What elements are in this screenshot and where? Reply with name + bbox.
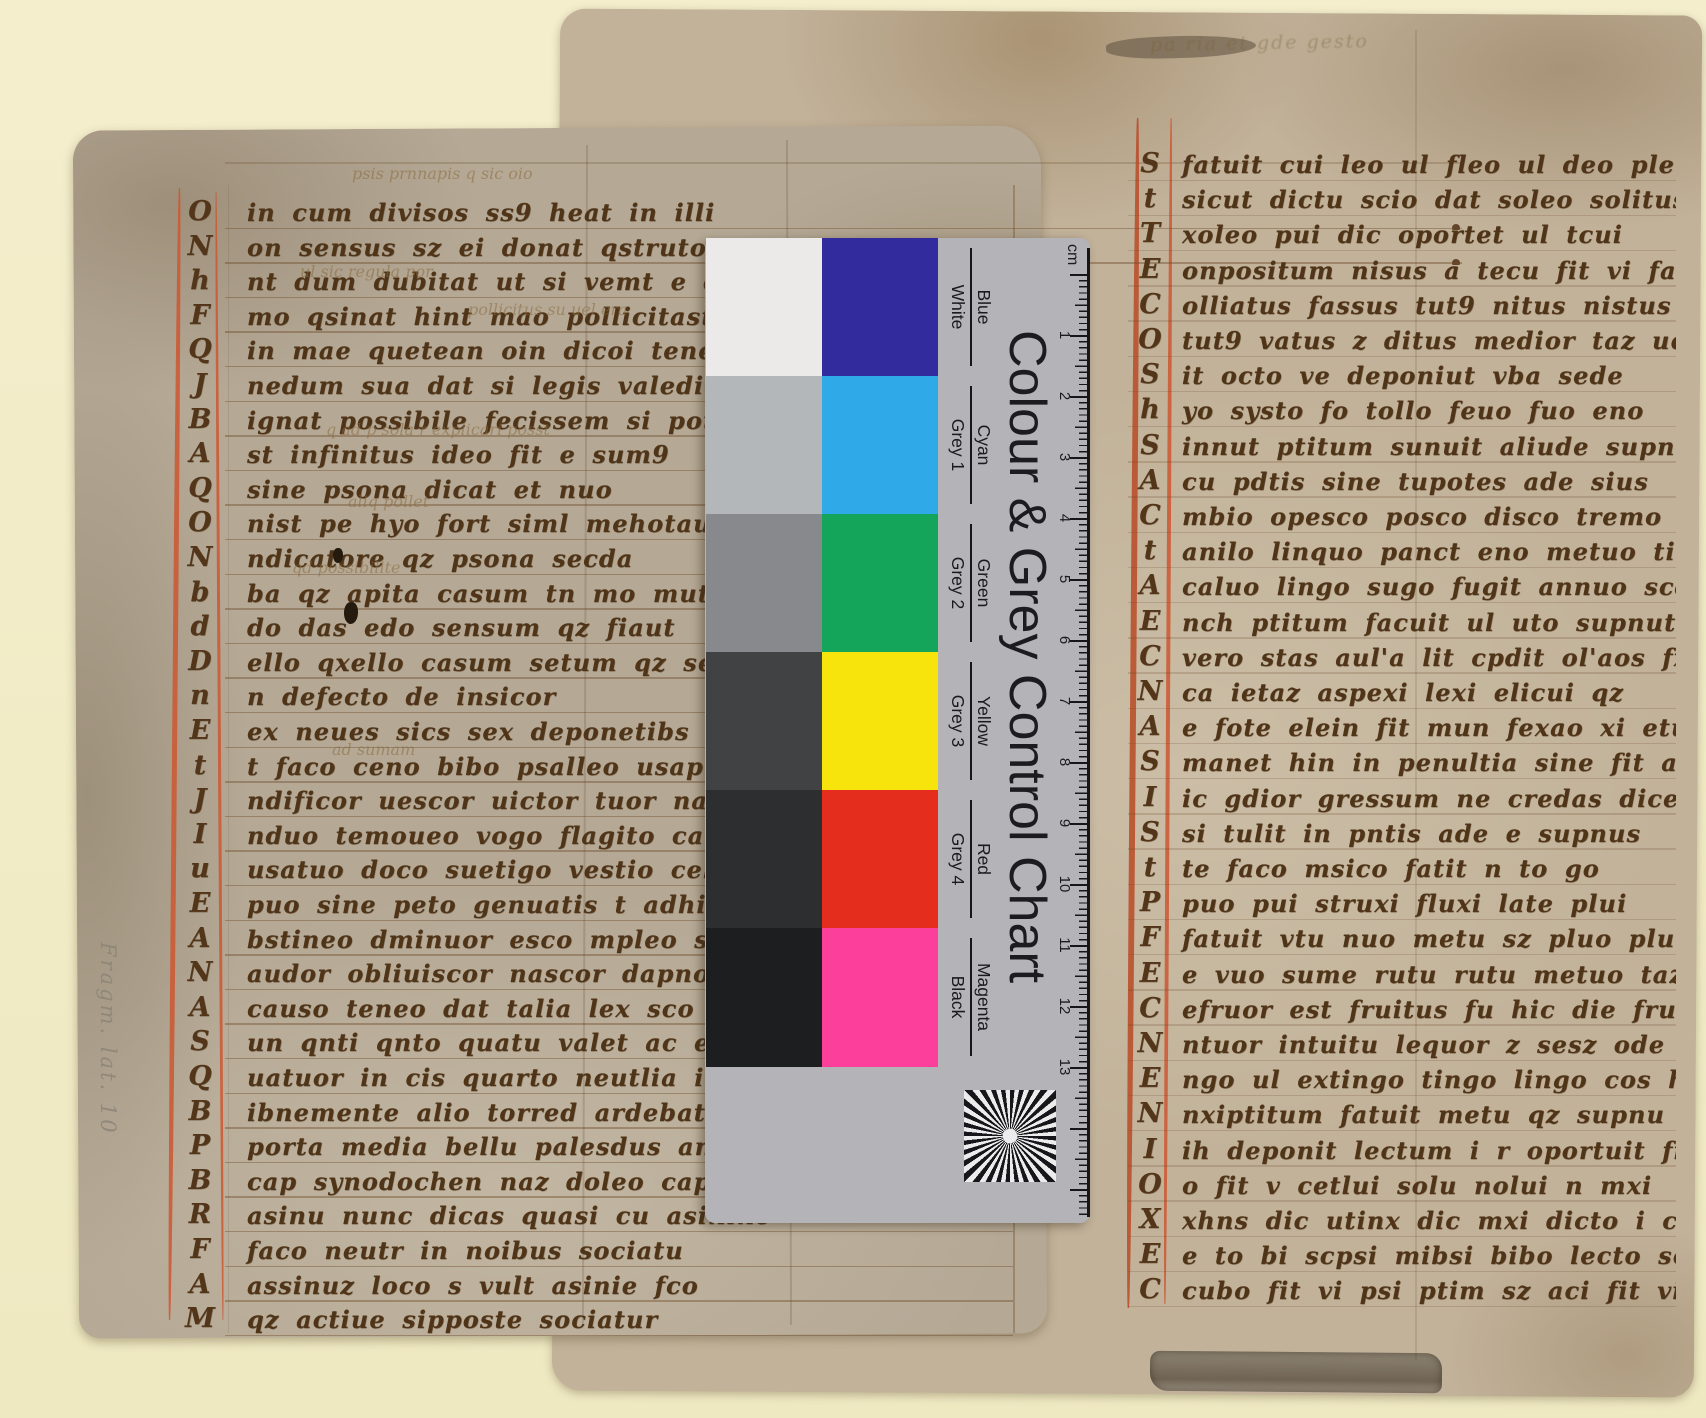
- manuscript-line-text: fatuit vtu nuo metu sz pluo plutu: [1128, 924, 1676, 954]
- manuscript-line-text: ca ietaz aspexi lexi elicui qz: [1128, 678, 1624, 708]
- manuscript-line: cubo fit vi psi ptim sz aci fit vibi: [1128, 1276, 1676, 1308]
- label-divider: [970, 662, 972, 780]
- manuscript-line-text: xhns dic utinx dic mxi dicto i ctu: [1128, 1206, 1676, 1236]
- interlinear-gloss: ul sic regula por: [300, 262, 433, 281]
- grey-patch-label: Grey 3: [947, 652, 969, 790]
- manuscript-line-text: nist pe hyo fort siml mehotaue: [225, 509, 728, 539]
- manuscript-line: efruor est fruitus fu hic die fruitus: [1128, 995, 1676, 1027]
- versal-initial: Q: [182, 335, 218, 365]
- patch-red: [822, 790, 938, 929]
- versal-initial: N: [182, 958, 218, 988]
- grey-patch-label: White: [947, 238, 969, 376]
- versal-initial: A: [182, 439, 218, 469]
- versal-initial: N: [182, 543, 218, 573]
- versal-initial: D: [182, 647, 218, 677]
- manuscript-line-text: ello qxello casum setum qz sed qz: [225, 648, 781, 678]
- versal-initial: N: [182, 232, 218, 262]
- patch-label-group: CyanGrey 1: [939, 376, 995, 514]
- manuscript-line-text: e fote elein fit mun fexao xi etu: [1128, 713, 1676, 743]
- manuscript-line: onpositum nisus a tecu fit vi facti: [1128, 256, 1676, 288]
- manuscript-line: tut9 vatus z ditus medior taz uetzaps: [1128, 326, 1676, 358]
- versal-initial: I: [182, 820, 218, 850]
- ruler-number: 10: [1056, 873, 1073, 895]
- versal-initial: n: [182, 681, 218, 711]
- interlinear-gloss: psis prnnapis q sic oio: [352, 164, 533, 183]
- interlinear-gloss: q ad p sola r explicari posst: [326, 420, 550, 439]
- manuscript-line: ca ietaz aspexi lexi elicui qz: [1128, 678, 1676, 710]
- interlinear-gloss: ad sumam: [332, 740, 415, 759]
- versal-initial: F: [182, 1235, 218, 1265]
- patch-label-group: BlueWhite: [939, 238, 995, 376]
- manuscript-line-text: ic gdior gressum ne credas dice assum: [1128, 784, 1676, 814]
- ruler-number: 12: [1056, 995, 1073, 1017]
- manuscript-line-text: ntuor intuitu lequor z sesz ode putu: [1128, 1030, 1676, 1060]
- manuscript-line: xoleo pui dic oportet ul tcui: [1128, 220, 1676, 252]
- versal-initial: t: [182, 751, 218, 781]
- manuscript-line-text: e vuo sume rutu rutu metuo taz uti: [1128, 960, 1676, 990]
- versal-initial: B: [182, 1097, 218, 1127]
- patch-green: [822, 514, 938, 653]
- manuscript-line-text: on sensus sz ei donat qstruto nom: [225, 233, 785, 263]
- manuscript-line-text: st infinitus ideo fit e sum9: [225, 440, 670, 470]
- versal-initial: A: [182, 1270, 218, 1300]
- manuscript-line: qz actiue sipposte sociatur: [225, 1305, 1013, 1337]
- patch-white: [706, 238, 822, 377]
- ruler-number: 5: [1056, 568, 1073, 590]
- manuscript-line-text: fatuit cui leo ul fleo ul deo plenu: [1128, 150, 1676, 180]
- manuscript-line: nch ptitum facuit ul uto supnut: [1128, 608, 1676, 640]
- manuscript-line-text: onpositum nisus a tecu fit vi facti: [1128, 256, 1676, 286]
- manuscript-line-text: te faco msico fatit n to go: [1128, 854, 1600, 884]
- manuscript-line: faco neutr in noibus sociatu: [225, 1236, 1013, 1268]
- versal-initial: B: [182, 1166, 218, 1196]
- manuscript-line-text: o fit v cetlui solu nolui n mxi: [1128, 1171, 1652, 1201]
- colour-control-chart-card: cm 12345678910111213 Colour & Grey Contr…: [705, 238, 1090, 1223]
- patch-grid: [706, 238, 938, 1066]
- ruler-number: 3: [1056, 446, 1073, 468]
- manuscript-line-text: assinuz loco s vult asinie fco: [225, 1271, 699, 1301]
- manuscript-line-text: ba qz apita casum tn mo mutat: [225, 579, 739, 609]
- grey-patch-label: Black: [947, 928, 969, 1066]
- versal-initial: A: [182, 993, 218, 1023]
- manuscript-line: puo pui struxi fluxi late plui: [1128, 889, 1676, 921]
- versal-initial: P: [182, 1131, 218, 1161]
- manuscript-line-text: nxiptitum fatuit metu qz supnu: [1128, 1100, 1665, 1130]
- manuscript-line: o fit v cetlui solu nolui n mxi: [1128, 1171, 1676, 1203]
- chart-title: Colour & Grey Control Chart: [997, 330, 1057, 983]
- versal-initial: E: [182, 889, 218, 919]
- manuscript-line: nxiptitum fatuit metu qz supnu: [1128, 1100, 1676, 1132]
- ruler-number: 2: [1056, 385, 1073, 407]
- patch-grey-2: [706, 514, 822, 653]
- manuscript-line: it octo ve deponiut vba sede: [1128, 361, 1676, 393]
- manuscript-photo: pa ria et gde gesto Fragm. lat. 10 ONhFQ…: [0, 0, 1706, 1418]
- ruler-number: 9: [1056, 812, 1073, 834]
- patch-grey-1: [706, 376, 822, 515]
- patch-grey-4: [706, 790, 822, 929]
- manuscript-line-text: xoleo pui dic oportet ul tcui: [1128, 220, 1623, 250]
- ruler-unit-label: cm: [1063, 244, 1081, 265]
- manuscript-line: mbio opesco posco disco tremo gliso: [1128, 502, 1676, 534]
- patch-labels-row: BlueWhiteCyanGrey 1GreenGrey 2YellowGrey…: [939, 238, 995, 1066]
- manuscript-line: anilo linquo panct eno metuo tinz vige: [1128, 537, 1676, 569]
- manuscript-line: yo systo fo tollo feuo fuo eno: [1128, 396, 1676, 428]
- manuscript-line-text: anilo linquo panct eno metuo tinz vige: [1128, 537, 1676, 567]
- ruler-number: 13: [1056, 1056, 1073, 1078]
- manuscript-line: fatuit cui leo ul fleo ul deo plenu: [1128, 150, 1676, 182]
- versal-initial: h: [182, 266, 218, 296]
- versal-initial: Q: [182, 474, 218, 504]
- ruler-number: 11: [1056, 934, 1073, 956]
- versal-initial: R: [182, 1200, 218, 1230]
- grey-patch-label: Grey 1: [947, 376, 969, 514]
- ruler-number: 1: [1056, 324, 1073, 346]
- ruler-number: 4: [1056, 507, 1073, 529]
- patch-label-group: YellowGrey 3: [939, 652, 995, 790]
- manuscript-line: vero stas aul'a lit cpdit ol'aos fxi: [1128, 643, 1676, 675]
- manuscript-line-text: it octo ve deponiut vba sede: [1128, 361, 1624, 391]
- shelfmark-pencil-note: Fragm. lat. 10: [96, 942, 120, 1136]
- faded-top-inscription: pa ria et gde gesto: [1150, 30, 1369, 56]
- manuscript-line-text: nedum sua dat si legis valedico: [225, 371, 737, 401]
- versal-initial: O: [182, 508, 218, 538]
- manuscript-line-text: innut ptitum sunuit aliude supnut: [1128, 432, 1676, 462]
- binding-tatter-strip: [1150, 1351, 1442, 1394]
- color-patch-label: Yellow: [973, 652, 995, 790]
- color-patch-label: Blue: [973, 238, 995, 376]
- manuscript-line: sicut dictu scio dat soleo solitus su: [1128, 185, 1676, 217]
- manuscript-line-text: in mae quetean oin dicoi tenet: [225, 336, 727, 366]
- manuscript-line: assinuz loco s vult asinie fco: [225, 1271, 1013, 1303]
- manuscript-line-text: nch ptitum facuit ul uto supnut: [1128, 608, 1676, 638]
- label-divider: [970, 524, 972, 642]
- color-patch-label: Red: [973, 790, 995, 928]
- manuscript-line-text: efruor est fruitus fu hic die fruitus: [1128, 995, 1676, 1025]
- manuscript-line-text: mbio opesco posco disco tremo gliso: [1128, 502, 1676, 532]
- manuscript-line-text: usatuo doco suetigo vestio celo: [225, 855, 730, 885]
- label-divider: [970, 800, 972, 918]
- manuscript-line-text: n defecto de insicor: [225, 682, 556, 712]
- ruler-number: 7: [1056, 690, 1073, 712]
- manuscript-line: ngo ul extingo tingo lingo cos hui9: [1128, 1065, 1676, 1097]
- manuscript-line-text: ndicatore qz psona secda: [225, 544, 633, 574]
- manuscript-line-text: causo teneo dat talia lex sco: [225, 994, 695, 1024]
- manuscript-line: innut ptitum sunuit aliude supnut: [1128, 432, 1676, 464]
- manuscript-line: cu pdtis sine tupotes ade sius: [1128, 467, 1676, 499]
- patch-grey-3: [706, 652, 822, 791]
- ruler: cm 12345678910111213: [1056, 238, 1090, 1223]
- color-patch-label: Green: [973, 514, 995, 652]
- manuscript-line-text: e to bi scpsi mibsi bibo lecto scabo bi: [1128, 1241, 1676, 1271]
- manuscript-line-text: manet hin in penultia sine fit an: [1128, 748, 1676, 778]
- manuscript-line: xhns dic utinx dic mxi dicto i ctu: [1128, 1206, 1676, 1238]
- manuscript-line-text: cubo fit vi psi ptim sz aci fit vibi: [1128, 1276, 1676, 1306]
- patch-magenta: [822, 928, 938, 1067]
- manuscript-line: e vuo sume rutu rutu metuo taz uti: [1128, 960, 1676, 992]
- manuscript-line-text: faco neutr in noibus sociatu: [225, 1236, 684, 1266]
- patch-label-group: GreenGrey 2: [939, 514, 995, 652]
- manuscript-line: ih deponit lectum i r oportuit fit: [1128, 1136, 1676, 1168]
- manuscript-line-text: tut9 vatus z ditus medior taz uetzaps: [1128, 326, 1676, 356]
- interlinear-gloss: aliq pollet: [348, 492, 429, 511]
- manuscript-line: fatuit vtu nuo metu sz pluo plutu: [1128, 924, 1676, 956]
- label-divider: [970, 938, 972, 1056]
- patch-label-group: MagentaBlack: [939, 928, 995, 1066]
- color-patch-label: Magenta: [973, 928, 995, 1066]
- interlinear-gloss: pollicitus su uel era: [468, 300, 628, 319]
- color-patch-label: Cyan: [973, 376, 995, 514]
- manuscript-line: e fote elein fit mun fexao xi etu: [1128, 713, 1676, 745]
- patch-yellow: [822, 652, 938, 791]
- manuscript-line: olliatus fassus tut9 nitus nistus: [1128, 291, 1676, 323]
- grey-patch-label: Grey 2: [947, 514, 969, 652]
- versal-initial: F: [182, 301, 218, 331]
- patch-blue: [822, 238, 938, 377]
- manuscript-line-text: puo pui struxi fluxi late plui: [1128, 889, 1627, 919]
- manuscript-line-text: vero stas aul'a lit cpdit ol'aos fxi: [1128, 643, 1676, 673]
- label-divider: [970, 386, 972, 504]
- patch-black: [706, 928, 822, 1067]
- manuscript-line: ic gdior gressum ne credas dice assum: [1128, 784, 1676, 816]
- manuscript-line-text: yo systo fo tollo feuo fuo eno: [1128, 396, 1644, 426]
- manuscript-line: caluo lingo sugo fugit annuo scdo: [1128, 572, 1676, 604]
- versal-initial: O: [182, 197, 218, 227]
- manuscript-line-text: ngo ul extingo tingo lingo cos hui9: [1128, 1065, 1676, 1095]
- manuscript-line-text: cu pdtis sine tupotes ade sius: [1128, 467, 1649, 497]
- grey-patch-label: Grey 4: [947, 790, 969, 928]
- versal-initial: E: [182, 716, 218, 746]
- manuscript-line-text: puo sine peto genuatis t adhibeto: [225, 890, 770, 920]
- manuscript-line-text: ih deponit lectum i r oportuit fit: [1128, 1136, 1676, 1166]
- manuscript-line-text: olliatus fassus tut9 nitus nistus: [1128, 291, 1672, 321]
- manuscript-line: si tulit in pntis ade e supnus: [1128, 819, 1676, 851]
- versal-initial: d: [182, 612, 218, 642]
- versal-initial: A: [182, 924, 218, 954]
- patch-label-group: RedGrey 4: [939, 790, 995, 928]
- ruler-number: 6: [1056, 629, 1073, 651]
- manuscript-line-text: caluo lingo sugo fugit annuo scdo: [1128, 572, 1676, 602]
- versal-initial: b: [182, 578, 218, 608]
- label-divider: [970, 248, 972, 366]
- manuscript-line-text: uatuor in cis quarto neutlia ingis: [225, 1063, 766, 1093]
- interlinear-gloss: qd possibilite: [292, 558, 400, 577]
- versal-initial: S: [182, 1027, 218, 1057]
- versal-initial: M: [182, 1304, 218, 1334]
- patch-cyan: [822, 376, 938, 515]
- ruler-number: 8: [1056, 751, 1073, 773]
- manuscript-line-text: do das edo sensum qz fiaut: [225, 613, 676, 643]
- manuscript-line-text: porta media bellu palesdus anhelat: [225, 1132, 787, 1162]
- siemens-star-icon: [964, 1090, 1056, 1182]
- versal-initial: B: [182, 405, 218, 435]
- manuscript-line-text: si tulit in pntis ade e supnus: [1128, 819, 1641, 849]
- manuscript-line-text: qz actiue sipposte sociatur: [225, 1305, 658, 1335]
- manuscript-line: manet hin in penultia sine fit an: [1128, 748, 1676, 780]
- manuscript-line-text: in cum divisos ss9 heat in illi: [225, 198, 715, 228]
- versal-initial: Q: [182, 1062, 218, 1092]
- versal-initial: J: [182, 785, 218, 815]
- manuscript-line-text: sicut dictu scio dat soleo solitus su: [1128, 185, 1676, 215]
- manuscript-line-text: asinu nunc dicas quasi cu asinine: [225, 1201, 772, 1231]
- manuscript-line: ntuor intuitu lequor z sesz ode putu: [1128, 1030, 1676, 1062]
- manuscript-line: te faco msico fatit n to go: [1128, 854, 1676, 886]
- versal-initial: u: [182, 854, 218, 884]
- manuscript-line: e to bi scpsi mibsi bibo lecto scabo bi: [1128, 1241, 1676, 1273]
- versal-initial: J: [182, 370, 218, 400]
